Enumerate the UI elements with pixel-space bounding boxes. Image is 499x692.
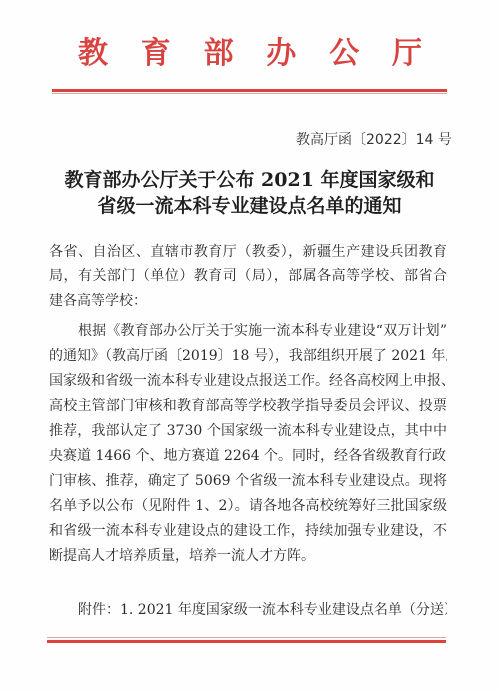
letterhead-char: 公 [329,34,359,74]
letterhead-char: 教 [78,34,108,74]
body-line: 名单予以公布（见附件 1、2）。请各地各高校统筹好三批国家级 [49,496,447,516]
letterhead-org-name: 教 育 部 办 公 厅 [78,34,422,74]
document-page: 教 育 部 办 公 厅 教高厅函〔2022〕14 号 教育部办公厅关于公布 20… [0,0,499,692]
letterhead-char: 部 [204,34,234,74]
body-line: 断提高人才培养质量，培养一流人才方阵。 [49,546,447,566]
addressee-line: 局，有关部门（单位）教育司（局），部属各高等学校、部省合 [49,266,447,286]
letterhead-char: 育 [141,34,171,74]
body-line: 高校主管部门审核和教育部高等学校教学指导委员会评议、投票 [49,396,447,416]
letterhead-char: 办 [266,34,296,74]
body-line: 根据《教育部办公厅关于实施一流本科专业建设“双万计划” [78,321,447,341]
attachment-line: 附件：1. 2021 年度国家级一流本科专业建设点名单（分送） [78,600,447,620]
document-title-line-1: 教育部办公厅关于公布 2021 年度国家级和 [40,167,459,193]
body-line: 国家级和省级一流本科专业建设点报送工作。经各高校网上申报、 [49,371,447,391]
letterhead-divider-thin [52,93,447,94]
document-title-line-2: 省级一流本科专业建设点名单的通知 [40,193,459,219]
footer-divider-thick [47,640,446,643]
body-line: 的通知》（教高厅函〔2019〕18 号），我部组织开展了 2021 年度 [49,346,447,366]
footer-divider-thin [47,637,446,638]
body-line: 央赛道 1466 个、地方赛道 2264 个。同时，经各省级教育行政部 [49,446,447,466]
addressee-line: 各省、自治区、直辖市教育厅（教委），新疆生产建设兵团教育 [49,242,447,262]
body-line: 和省级一流本科专业建设点的建设工作，持续加强专业建设，不 [49,521,447,541]
body-line: 推荐，我部认定了 3730 个国家级一流本科专业建设点，其中中 [49,421,447,441]
addressee-line: 建各高等学校： [49,291,447,311]
body-line: 门审核、推荐，确定了 5069 个省级一流本科专业建设点。现将 [49,471,447,491]
letterhead-divider-thick [52,89,447,92]
document-number: 教高厅函〔2022〕14 号 [296,130,450,150]
letterhead-char: 厅 [392,34,422,74]
